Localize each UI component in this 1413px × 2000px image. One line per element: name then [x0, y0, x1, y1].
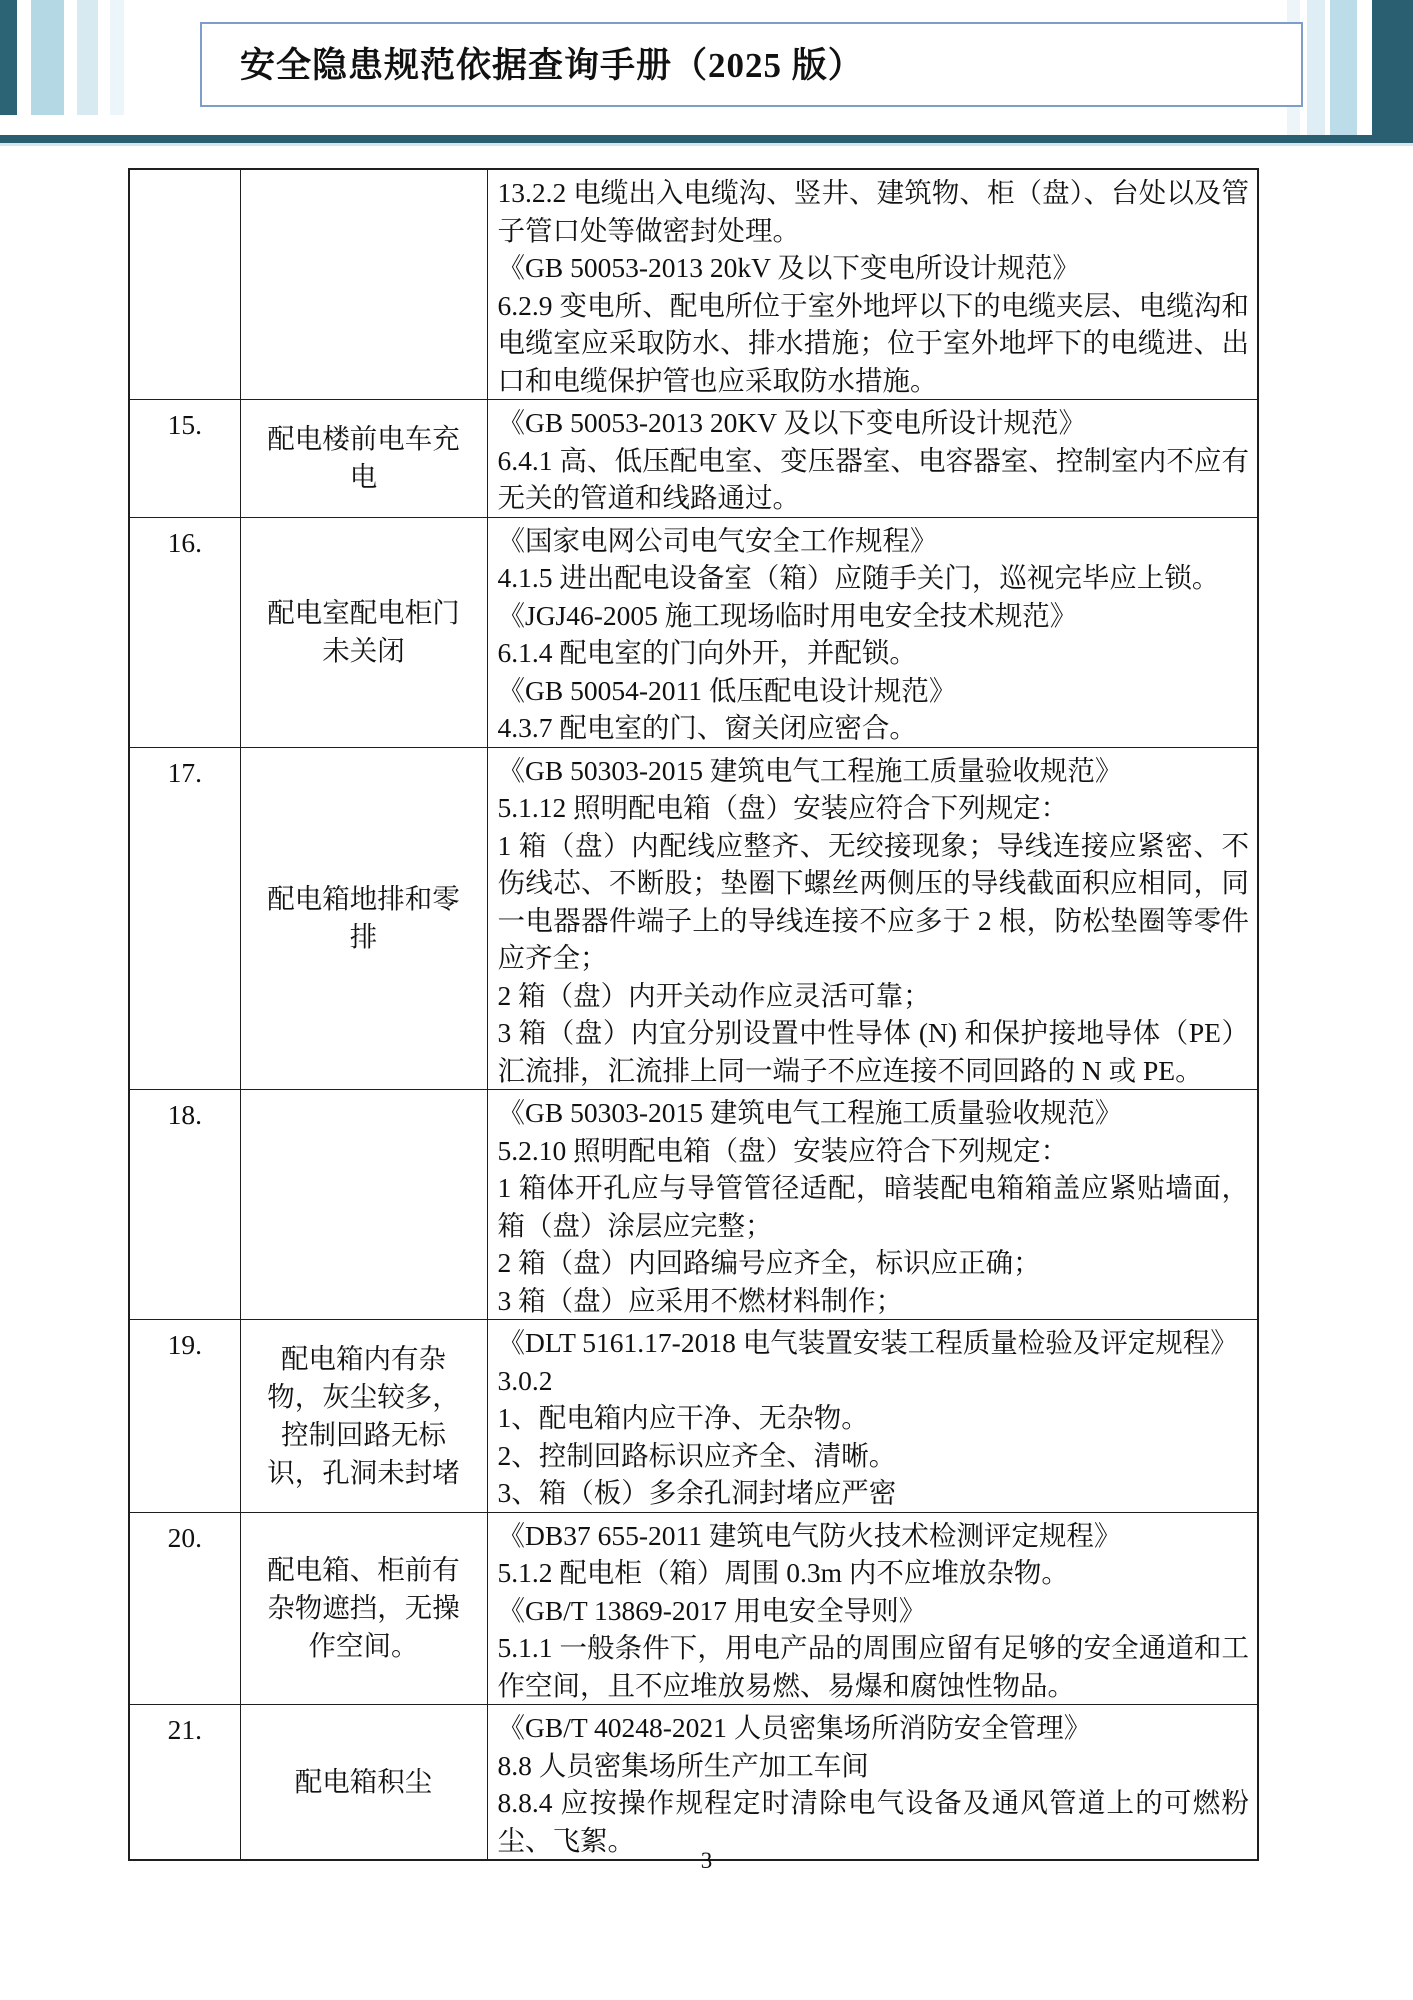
regulation-paragraph: 13.2.2 电缆出入电缆沟、竖井、建筑物、柜（盘）、台处以及管子管口处等做密封… [498, 174, 1250, 249]
left-stripe-dark [0, 0, 17, 115]
regulation-table: 13.2.2 电缆出入电缆沟、竖井、建筑物、柜（盘）、台处以及管子管口处等做密封… [128, 168, 1259, 1861]
right-stripe-dark [1372, 0, 1413, 137]
left-stripe-lighter [77, 0, 98, 115]
regulation-paragraph: 5.1.1 一般条件下，用电产品的周围应留有足够的安全通道和工作空间，且不应堆放… [498, 1629, 1250, 1704]
hazard-cell: 配电箱、柜前有杂物遮挡，无操作空间。 [240, 1512, 487, 1705]
regulation-paragraph: 《国家电网公司电气安全工作规程》 [498, 522, 1250, 560]
left-stripe-light [31, 0, 64, 115]
regulation-paragraph: 4.3.7 配电室的门、窗关闭应密合。 [498, 709, 1250, 747]
regulation-paragraph: 2 箱（盘）内回路编号应齐全，标识应正确； [498, 1244, 1250, 1282]
hazard-text: 配电箱、柜前有杂物遮挡，无操作空间。 [261, 1551, 467, 1665]
header-divider-underline [0, 143, 1413, 146]
regulation-paragraph: 《JGJ46-2005 施工现场临时用电安全技术规范》 [498, 597, 1250, 635]
row-number-cell: 17. [129, 747, 240, 1090]
hazard-cell: 配电室配电柜门未关闭 [240, 517, 487, 747]
regulation-paragraph: 《GB 50303-2015 建筑电气工程施工质量验收规范》 [498, 752, 1250, 790]
regulation-paragraph: 6.4.1 高、低压配电室、变压器室、电容器室、控制室内不应有无关的管道和线路通… [498, 442, 1250, 517]
row-number-cell: 18. [129, 1090, 240, 1320]
header-title-box: 安全隐患规范依据查询手册（2025 版） [200, 22, 1303, 107]
regulation-paragraph: 《GB 50303-2015 建筑电气工程施工质量验收规范》 [498, 1094, 1250, 1132]
row-number-cell: 19. [129, 1320, 240, 1513]
regulation-paragraph: 《GB 50053-2013 20kV 及以下变电所设计规范》 [498, 249, 1250, 287]
hazard-text: 配电箱积尘 [261, 1763, 467, 1801]
regulation-paragraph: 3 箱（盘）应采用不燃材料制作； [498, 1282, 1250, 1320]
row-number-cell: 16. [129, 517, 240, 747]
regulation-cell: 《GB 50303-2015 建筑电气工程施工质量验收规范》5.2.10 照明配… [487, 1090, 1258, 1320]
hazard-cell: 配电箱内有杂物，灰尘较多，控制回路无标识，孔洞未封堵 [240, 1320, 487, 1513]
regulation-cell: 《GB 50303-2015 建筑电气工程施工质量验收规范》5.1.12 照明配… [487, 747, 1258, 1090]
hazard-cell: 配电箱积尘 [240, 1705, 487, 1861]
regulation-paragraph: 3.0.2 [498, 1362, 1250, 1400]
regulation-paragraph: 1 箱（盘）内配线应整齐、无绞接现象；导线连接应紧密、不伤线芯、不断股；垫圈下螺… [498, 827, 1250, 977]
right-stripe-light [1330, 0, 1357, 137]
regulation-paragraph: 《DLT 5161.17-2018 电气装置安装工程质量检验及评定规程》 [498, 1324, 1250, 1362]
row-number-cell: 15. [129, 400, 240, 518]
regulation-paragraph: 6.2.9 变电所、配电所位于室外地坪以下的电缆夹层、电缆沟和电缆室应采取防水、… [498, 287, 1250, 400]
row-number-cell: 21. [129, 1705, 240, 1861]
regulation-cell: 《DB37 655-2011 建筑电气防火技术检测评定规程》5.1.2 配电柜（… [487, 1512, 1258, 1705]
table-row: 21.配电箱积尘《GB/T 40248-2021 人员密集场所消防安全管理》8.… [129, 1705, 1258, 1861]
regulation-paragraph: 《GB 50054-2011 低压配电设计规范》 [498, 672, 1250, 710]
hazard-cell: 配电箱地排和零排 [240, 747, 487, 1090]
table-row: 15.配电楼前电车充电《GB 50053-2013 20KV 及以下变电所设计规… [129, 400, 1258, 518]
regulation-paragraph: 5.2.10 照明配电箱（盘）安装应符合下列规定： [498, 1132, 1250, 1170]
regulation-paragraph: 4.1.5 进出配电设备室（箱）应随手关门，巡视完毕应上锁。 [498, 559, 1250, 597]
regulation-paragraph: 2 箱（盘）内开关动作应灵活可靠； [498, 977, 1250, 1015]
regulation-paragraph: 《DB37 655-2011 建筑电气防火技术检测评定规程》 [498, 1517, 1250, 1555]
right-stripe-lighter [1307, 0, 1325, 137]
hazard-text: 配电箱内有杂物，灰尘较多，控制回路无标识，孔洞未封堵 [261, 1340, 467, 1492]
hazard-cell [240, 169, 487, 400]
table-row: 17.配电箱地排和零排《GB 50303-2015 建筑电气工程施工质量验收规范… [129, 747, 1258, 1090]
regulation-paragraph: 3 箱（盘）内宜分别设置中性导体 (N) 和保护接地导体（PE）汇流排，汇流排上… [498, 1014, 1250, 1089]
row-number-cell [129, 169, 240, 400]
table-row: 18.《GB 50303-2015 建筑电气工程施工质量验收规范》5.2.10 … [129, 1090, 1258, 1320]
hazard-text: 配电箱地排和零排 [261, 880, 467, 956]
regulation-paragraph: 《GB 50053-2013 20KV 及以下变电所设计规范》 [498, 404, 1250, 442]
regulation-paragraph: 《GB/T 13869-2017 用电安全导则》 [498, 1592, 1250, 1630]
hazard-text: 配电室配电柜门未关闭 [261, 594, 467, 670]
hazard-text: 配电楼前电车充电 [261, 420, 467, 496]
header-divider-bar [0, 135, 1413, 143]
regulation-paragraph: 5.1.12 照明配电箱（盘）安装应符合下列规定： [498, 789, 1250, 827]
table-row: 13.2.2 电缆出入电缆沟、竖井、建筑物、柜（盘）、台处以及管子管口处等做密封… [129, 169, 1258, 400]
row-number-cell: 20. [129, 1512, 240, 1705]
left-stripe-lightest [110, 0, 124, 115]
hazard-cell: 配电楼前电车充电 [240, 400, 487, 518]
regulation-cell: 13.2.2 电缆出入电缆沟、竖井、建筑物、柜（盘）、台处以及管子管口处等做密封… [487, 169, 1258, 400]
regulation-paragraph: 8.8 人员密集场所生产加工车间 [498, 1747, 1250, 1785]
page-title: 安全隐患规范依据查询手册（2025 版） [202, 24, 1301, 88]
regulation-table-wrapper: 13.2.2 电缆出入电缆沟、竖井、建筑物、柜（盘）、台处以及管子管口处等做密封… [128, 168, 1259, 1861]
regulation-paragraph: 6.1.4 配电室的门向外开，并配锁。 [498, 634, 1250, 672]
regulation-cell: 《DLT 5161.17-2018 电气装置安装工程质量检验及评定规程》3.0.… [487, 1320, 1258, 1513]
regulation-paragraph: 1 箱体开孔应与导管管径适配，暗装配电箱箱盖应紧贴墙面，箱（盘）涂层应完整； [498, 1169, 1250, 1244]
regulation-paragraph: 5.1.2 配电柜（箱）周围 0.3m 内不应堆放杂物。 [498, 1554, 1250, 1592]
table-row: 20.配电箱、柜前有杂物遮挡，无操作空间。《DB37 655-2011 建筑电气… [129, 1512, 1258, 1705]
table-row: 16.配电室配电柜门未关闭《国家电网公司电气安全工作规程》4.1.5 进出配电设… [129, 517, 1258, 747]
document-page: { "header": { "title": "安全隐患规范依据查询手册（202… [0, 0, 1413, 2000]
table-body: 13.2.2 电缆出入电缆沟、竖井、建筑物、柜（盘）、台处以及管子管口处等做密封… [129, 169, 1258, 1860]
page-number: 3 [0, 1848, 1413, 1874]
regulation-cell: 《GB 50053-2013 20KV 及以下变电所设计规范》6.4.1 高、低… [487, 400, 1258, 518]
table-row: 19.配电箱内有杂物，灰尘较多，控制回路无标识，孔洞未封堵《DLT 5161.1… [129, 1320, 1258, 1513]
regulation-paragraph: 1、配电箱内应干净、无杂物。 [498, 1399, 1250, 1437]
regulation-paragraph: 3、箱（板）多余孔洞封堵应严密 [498, 1474, 1250, 1512]
regulation-cell: 《GB/T 40248-2021 人员密集场所消防安全管理》8.8 人员密集场所… [487, 1705, 1258, 1861]
regulation-cell: 《国家电网公司电气安全工作规程》4.1.5 进出配电设备室（箱）应随手关门，巡视… [487, 517, 1258, 747]
regulation-paragraph: 《GB/T 40248-2021 人员密集场所消防安全管理》 [498, 1709, 1250, 1747]
hazard-cell [240, 1090, 487, 1320]
regulation-paragraph: 2、控制回路标识应齐全、清晰。 [498, 1437, 1250, 1475]
